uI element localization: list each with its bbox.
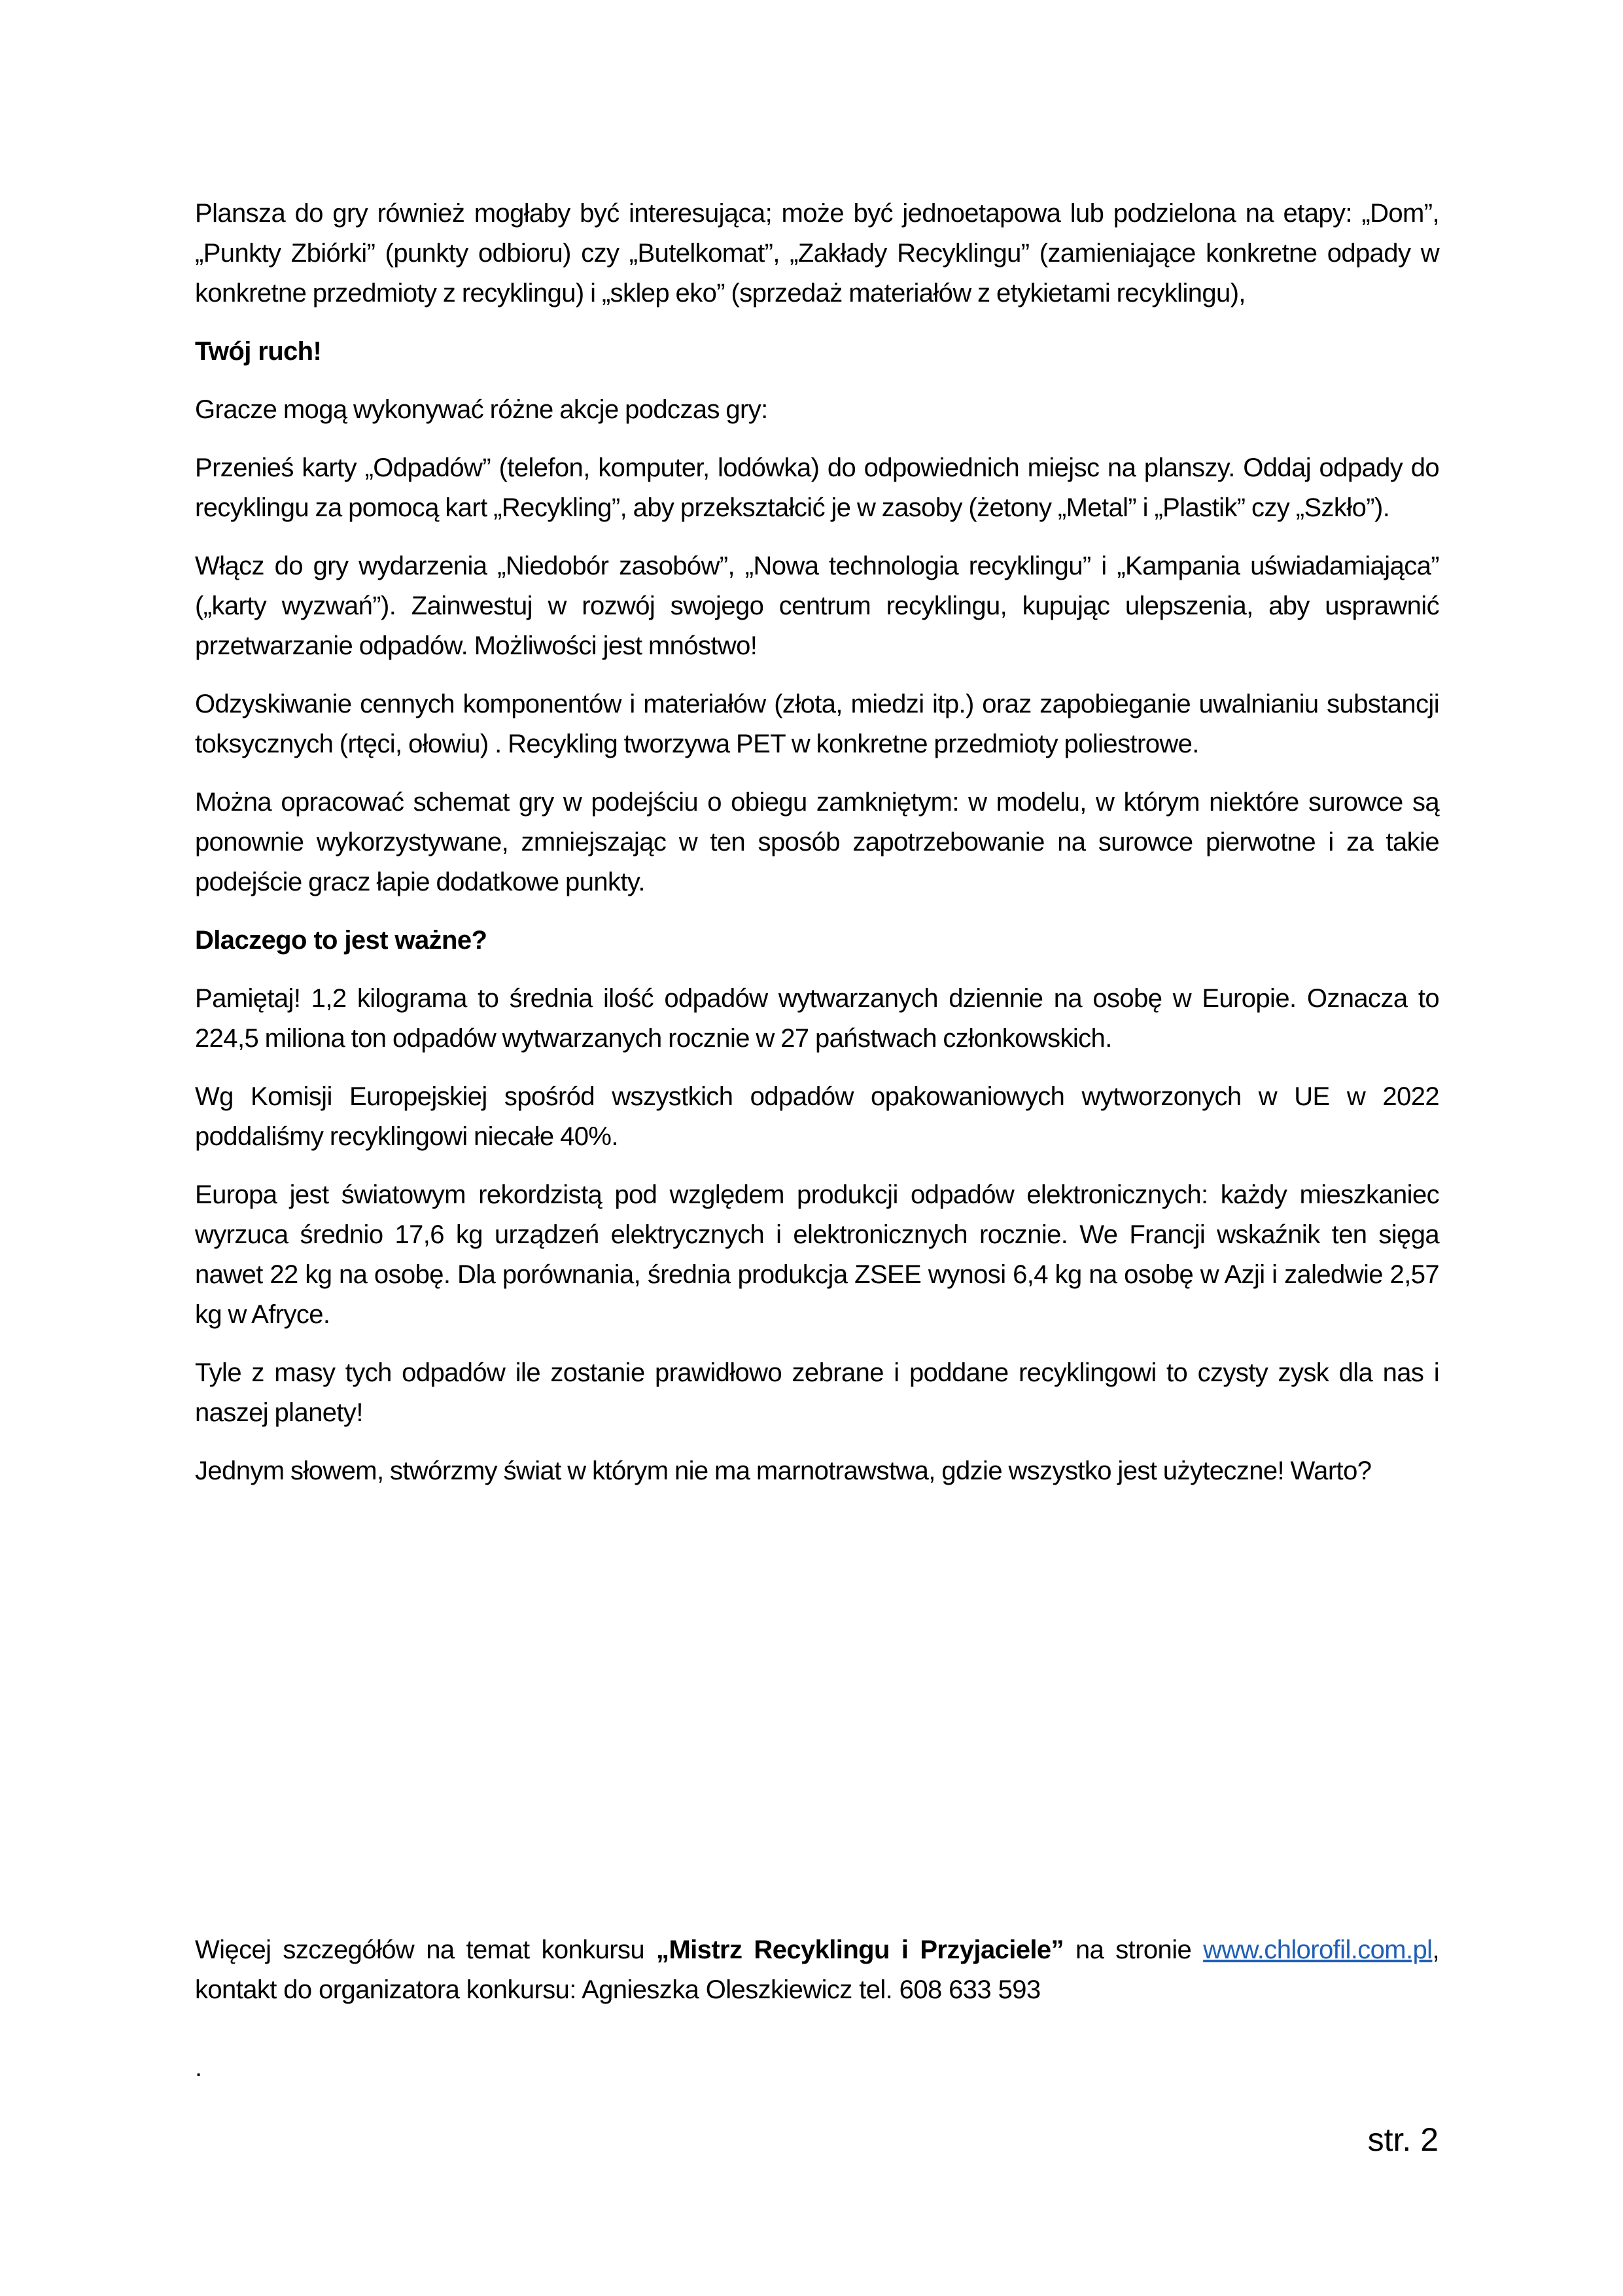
paragraph-events: Włącz do gry wydarzenia „Niedobór zasobó…: [195, 546, 1439, 666]
contest-after-name: na stronie: [1064, 1935, 1203, 1964]
paragraph-recovery: Odzyskiwanie cennych komponentów i mater…: [195, 684, 1439, 764]
paragraph-e-waste: Europa jest światowym rekordzistą pod wz…: [195, 1175, 1439, 1335]
paragraph-players-actions: Gracze mogą wykonywać różne akcje podcza…: [195, 390, 1439, 430]
paragraph-conclusion: Jednym słowem, stwórzmy świat w którym n…: [195, 1451, 1439, 1491]
paragraph-move-cards: Przenieś karty „Odpadów” (telefon, kompu…: [195, 448, 1439, 528]
paragraph-eu-commission: Wg Komisji Europejskiej spośród wszystki…: [195, 1077, 1439, 1157]
contest-info: Więcej szczegółów na temat konkursu „Mis…: [195, 1930, 1439, 2010]
heading-why-important: Dlaczego to jest ważne?: [195, 921, 1439, 961]
heading-your-move: Twój ruch!: [195, 332, 1439, 372]
website-link[interactable]: www.chlorofil.com.pl: [1203, 1935, 1432, 1964]
trailing-dot: .: [195, 2048, 202, 2088]
paragraph-game-board: Plansza do gry również mogłaby być inter…: [195, 194, 1439, 313]
document-body: Plansza do gry również mogłaby być inter…: [195, 194, 1439, 1510]
contest-intro: Więcej szczegółów na temat konkursu: [195, 1935, 656, 1964]
paragraph-remember: Pamiętaj! 1,2 kilograma to średnia ilość…: [195, 979, 1439, 1059]
contest-name: „Mistrz Recyklingu i Przyjaciele”: [656, 1935, 1064, 1964]
contest-info-paragraph: Więcej szczegółów na temat konkursu „Mis…: [195, 1930, 1439, 2010]
paragraph-profit: Tyle z masy tych odpadów ile zostanie pr…: [195, 1353, 1439, 1433]
paragraph-closed-loop: Można opracować schemat gry w podejściu …: [195, 783, 1439, 902]
page-number: str. 2: [1368, 2120, 1439, 2159]
